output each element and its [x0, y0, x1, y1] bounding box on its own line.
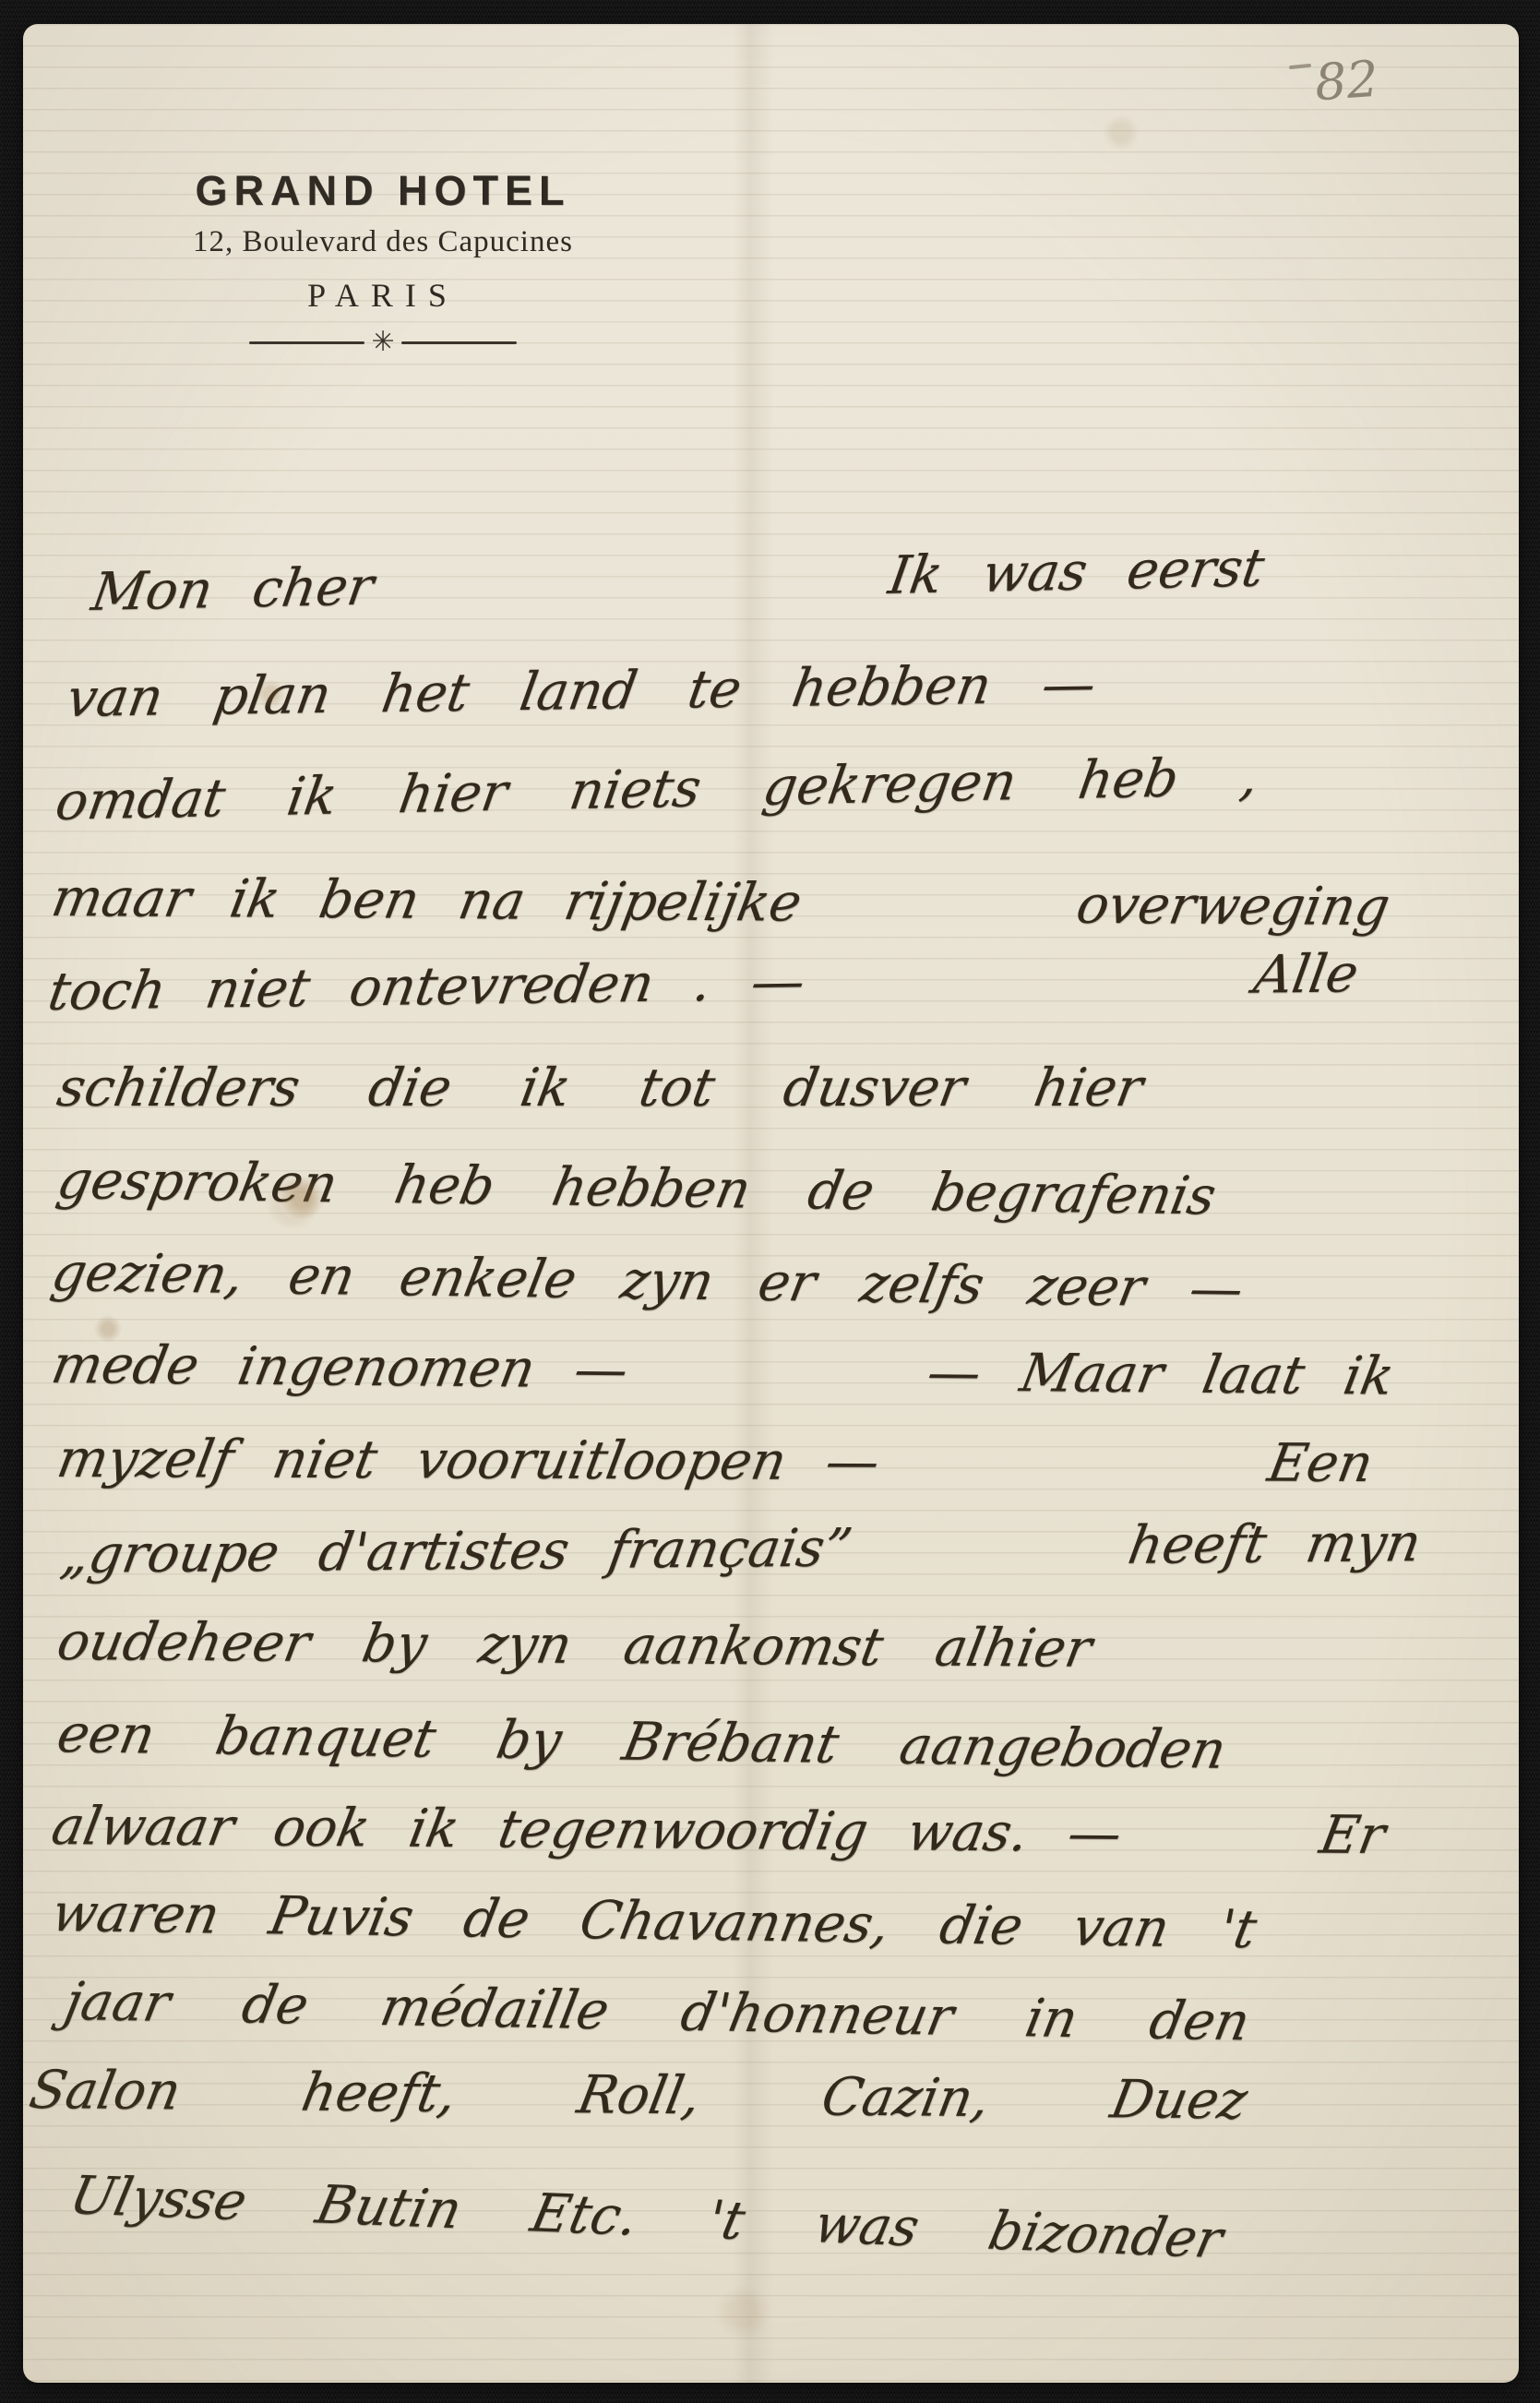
handwritten-line: Salon heeft, Roll, Cazin, Duez	[25, 2062, 1251, 2130]
letter-scan: { "letterhead": { "hotel_name": "GRAND H…	[0, 0, 1540, 2403]
handwritten-line: omdat ik hier niets gekregen heb ,	[52, 748, 1262, 831]
handwritten-line: maar ik ben na rijpelijke overweging	[47, 869, 1394, 937]
handwritten-line: toch niet ontevreden . — Alle	[44, 945, 1363, 1021]
handwritten-line: Mon cher Ik was eerst	[88, 540, 1268, 622]
handwritten-line: gezien, en enkele zyn er zelfs zeer —	[47, 1244, 1248, 1319]
handwritten-line: van plan het land te hebben —	[63, 655, 1100, 727]
handwritten-line: schilders die ik tot dusver hier	[53, 1059, 1147, 1118]
salutation: Mon cher	[88, 558, 377, 622]
handwritten-line: mede ingenomen — — Maar laat ik	[47, 1336, 1398, 1405]
handwritten-line: gesproken heb hebben de begrafenis	[53, 1152, 1221, 1225]
handwritten-line: waren Puvis de Chavannes, die van 't	[47, 1884, 1261, 1959]
letter-paper: GRAND HOTEL 12, Boulevard des Capucines …	[23, 24, 1519, 2383]
handwritten-line: oudeheer by zyn aankomst alhier	[53, 1613, 1096, 1679]
handwritten-line: jaar de médaille d'honneur in den	[60, 1973, 1255, 2051]
handwritten-line: myzelf niet vooruitloopen — Een	[53, 1430, 1377, 1493]
handwritten-line: alwaar ook ik tegenwoordig was. — Er	[47, 1798, 1390, 1865]
handwritten-line: een banquet by Brébant aangeboden	[53, 1705, 1231, 1779]
handwritten-line: Ulysse Butin Etc. 't was bizonder	[65, 2167, 1227, 2269]
handwritten-body: Mon cher Ik was eerst van plan het land …	[23, 24, 1519, 2383]
handwritten-line: „groupe d'artistes français” heeft myn	[57, 1514, 1426, 1584]
